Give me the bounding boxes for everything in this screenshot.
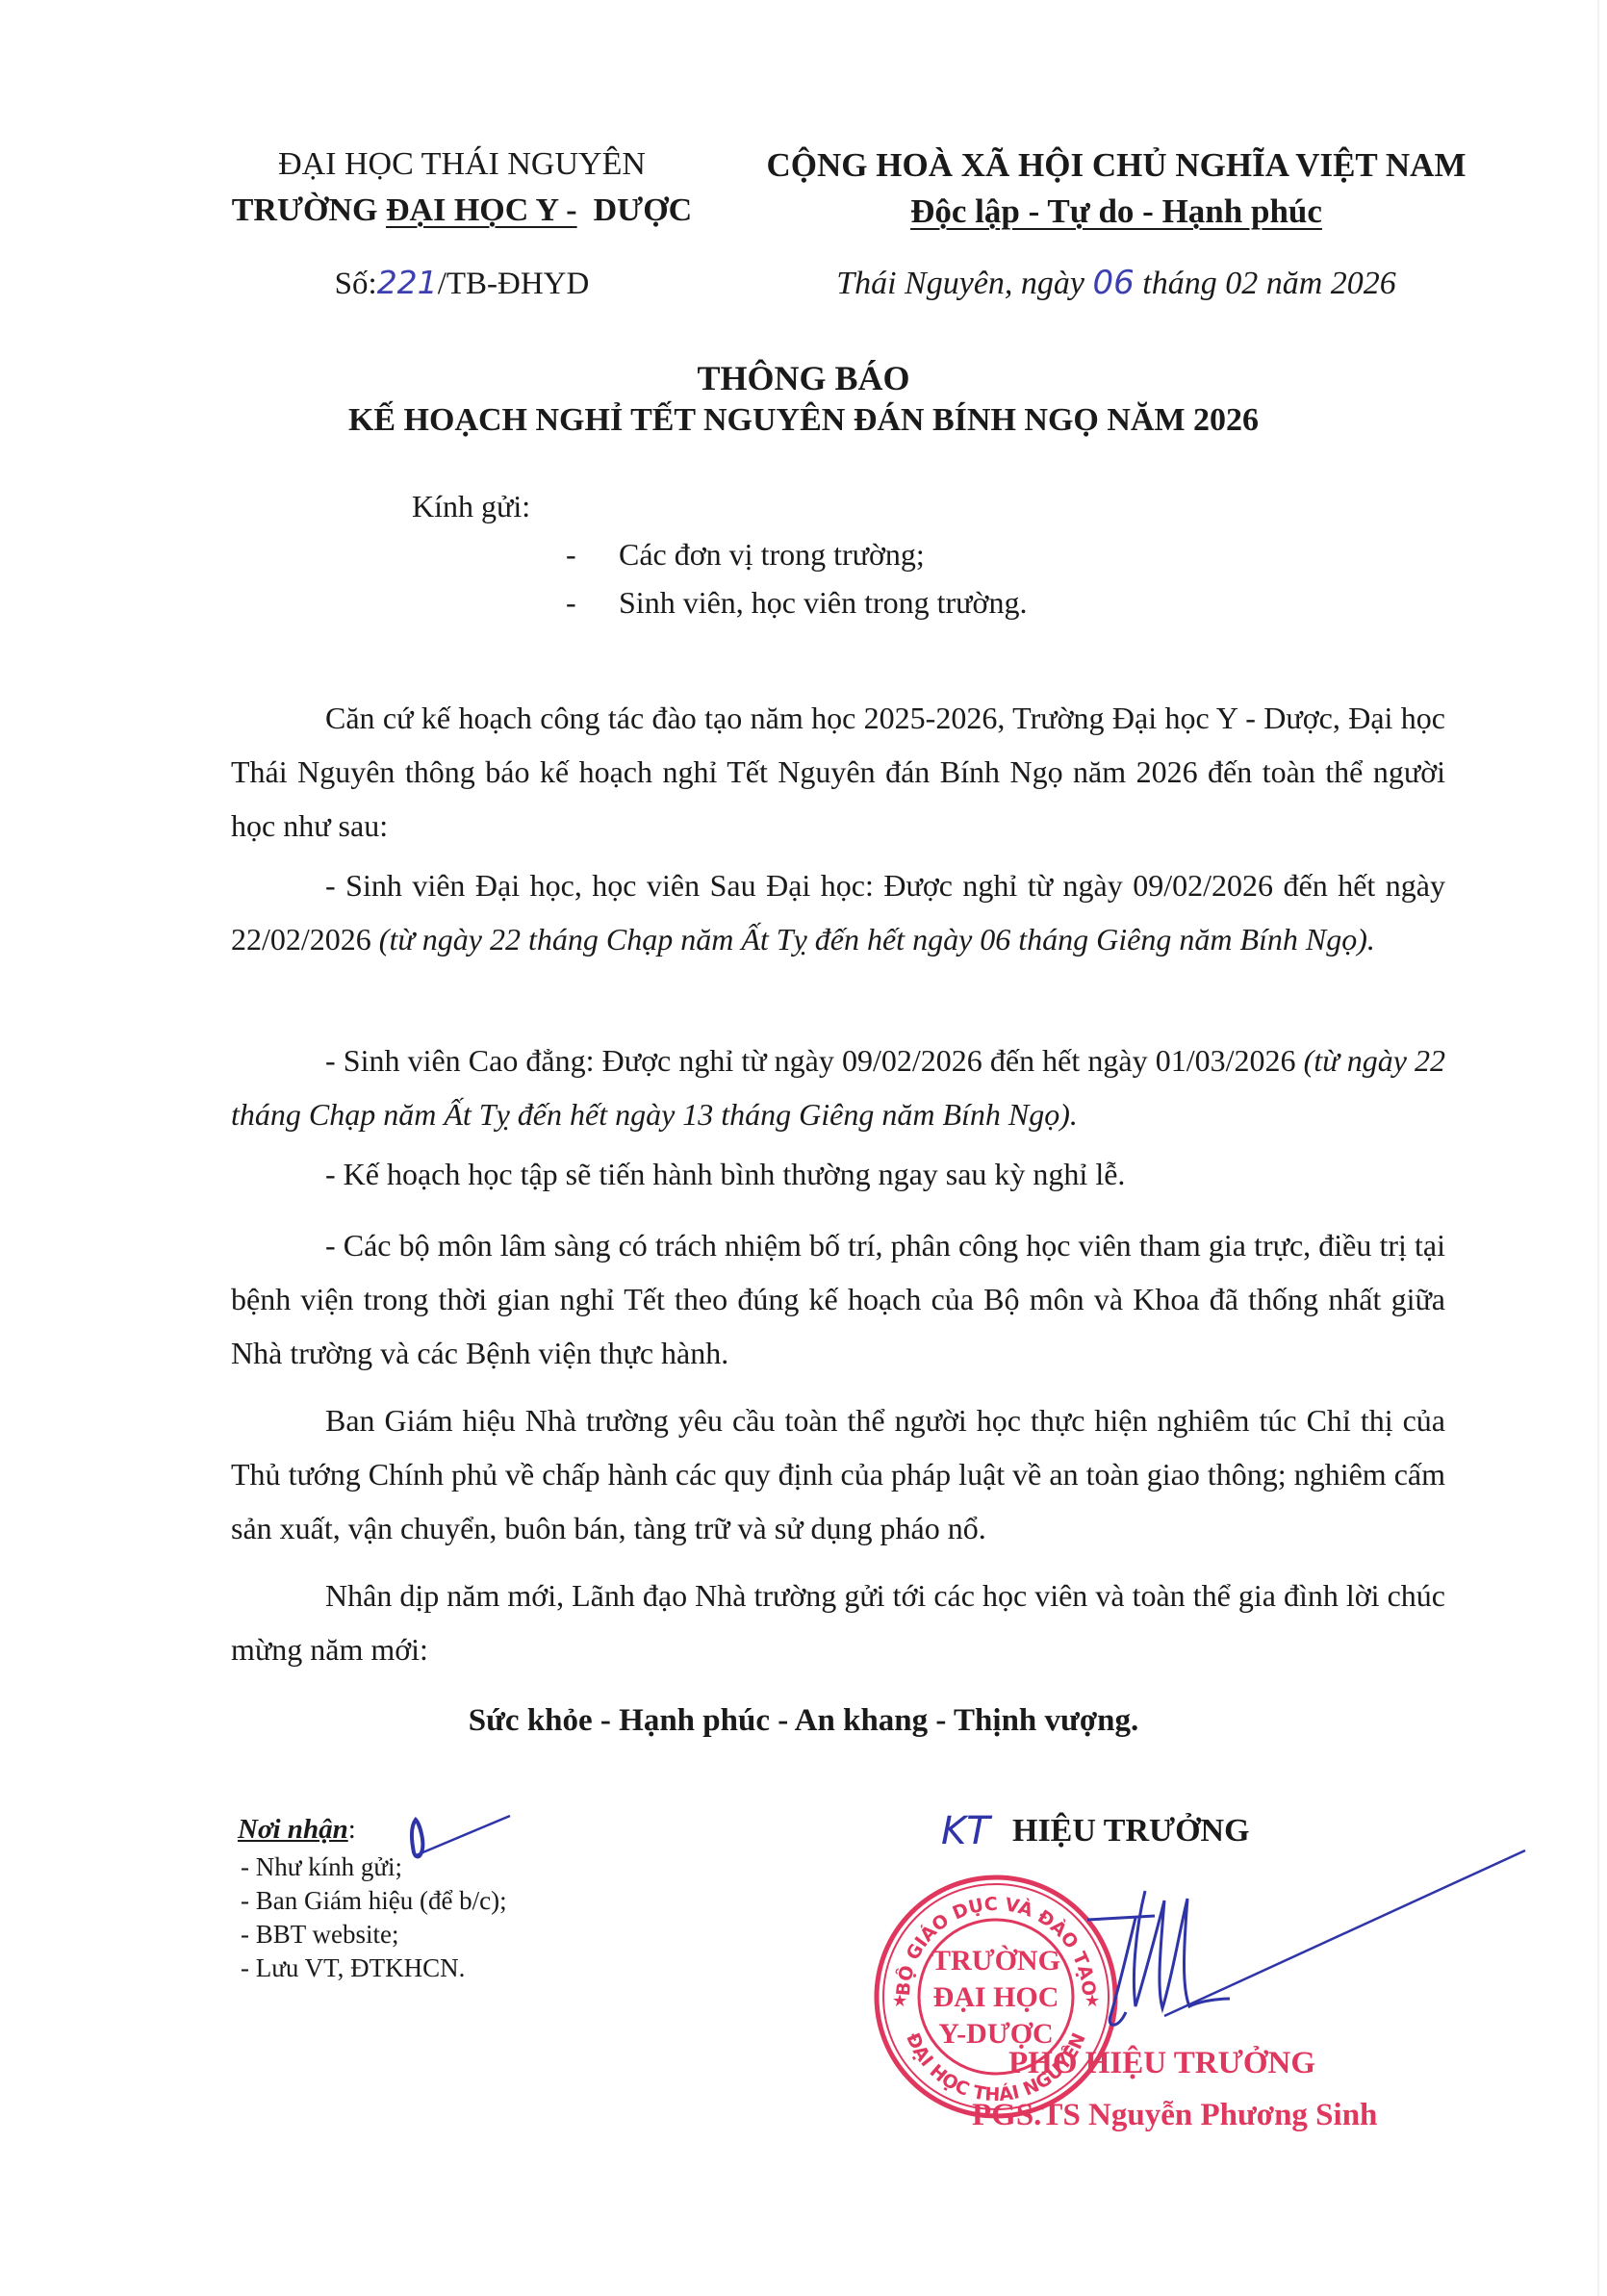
document-type-title: THÔNG BÁO — [0, 358, 1607, 398]
document-number: Số:221/TB-ĐHYD — [202, 264, 722, 302]
initial-check-mark-icon — [404, 1814, 520, 1872]
recipient-text: Các đơn vị trong trường; — [619, 537, 925, 573]
date-day-handwritten: 06 — [1093, 264, 1135, 302]
signer-subtitle: PHÓ HIỆU TRƯỞNG — [1008, 2046, 1315, 2081]
document-number-label: Số: — [335, 267, 377, 301]
distribution-label: Nơi nhận: — [238, 1814, 356, 1846]
signer-name: PGS.TS Nguyễn Phương Sinh — [972, 2098, 1377, 2133]
item-college-students: - Sinh viên Cao đẳng: Được nghỉ từ ngày … — [231, 1033, 1445, 1141]
intro-paragraph: Căn cứ kế hoạch công tác đào tạo năm học… — [231, 691, 1445, 853]
distribution-item: - Như kính gửi; — [241, 1852, 402, 1882]
school-name-underlined: ĐẠI HỌC Y - — [386, 192, 577, 228]
document-subject-title: KẾ HOẠCH NGHỈ TẾT NGUYÊN ĐÁN BÍNH NGỌ NĂ… — [0, 402, 1607, 439]
greeting-paragraph: Nhân dịp năm mới, Lãnh đạo Nhà trường gử… — [231, 1569, 1445, 1676]
new-year-wish: Sức khỏe - Hạnh phúc - An khang - Thịnh … — [0, 1703, 1607, 1739]
directive-paragraph: Ban Giám hiệu Nhà trường yêu cầu toàn th… — [231, 1393, 1445, 1555]
item-clinical-departments: - Các bộ môn lâm sàng có trách nhiệm bố … — [231, 1218, 1445, 1380]
document-number-suffix: /TB-ĐHYD — [438, 267, 590, 301]
item-study-plan: - Kế hoạch học tập sẽ tiến hành bình thư… — [231, 1147, 1445, 1201]
recipient-text: Sinh viên, học viên trong trường. — [619, 585, 1027, 621]
item2-main: - Sinh viên Cao đẳng: Được nghỉ từ ngày … — [325, 1043, 1304, 1078]
item-university-students: - Sinh viên Đại học, học viên Sau Đại họ… — [231, 858, 1445, 966]
national-motto-text: Độc lập - Tự do - Hạnh phúc — [910, 192, 1322, 230]
school-name: TRƯỜNG ĐẠI HỌC Y - DƯỢC — [202, 192, 722, 229]
distribution-label-text: Nơi nhận — [238, 1814, 348, 1845]
school-name-suffix: DƯỢC — [577, 192, 693, 228]
school-name-prefix: TRƯỜNG — [232, 192, 386, 228]
document-date: Thái Nguyên, ngày 06 tháng 02 năm 2026 — [731, 264, 1501, 302]
distribution-item: - Lưu VT, ĐTKHCN. — [241, 1953, 465, 1983]
distribution-label-colon: : — [348, 1814, 356, 1845]
kt-handwritten-mark: KT — [941, 1809, 990, 1853]
bullet-dash: - — [566, 585, 576, 621]
national-title: CỘNG HOÀ XÃ HỘI CHỦ NGHĨA VIỆT NAM — [731, 146, 1501, 185]
national-motto: Độc lập - Tự do - Hạnh phúc — [731, 192, 1501, 231]
date-prefix: Thái Nguyên, ngày — [836, 266, 1092, 301]
distribution-item: - Ban Giám hiệu (để b/c); — [241, 1886, 507, 1916]
distribution-item: - BBT website; — [241, 1920, 399, 1950]
ministry-name: ĐẠI HỌC THÁI NGUYÊN — [202, 146, 722, 183]
bullet-dash: - — [566, 537, 576, 573]
scan-edge — [1597, 0, 1599, 2296]
seal-star-icon: ★ — [892, 1991, 907, 2010]
date-suffix: tháng 02 năm 2026 — [1135, 266, 1396, 301]
item1-lunar-dates: (từ ngày 22 tháng Chạp năm Ất Tỵ đến hết… — [379, 922, 1375, 957]
recipients-label: Kính gửi: — [412, 489, 530, 524]
document-number-handwritten: 221 — [377, 264, 438, 301]
handwritten-signature-icon — [991, 1824, 1530, 2074]
